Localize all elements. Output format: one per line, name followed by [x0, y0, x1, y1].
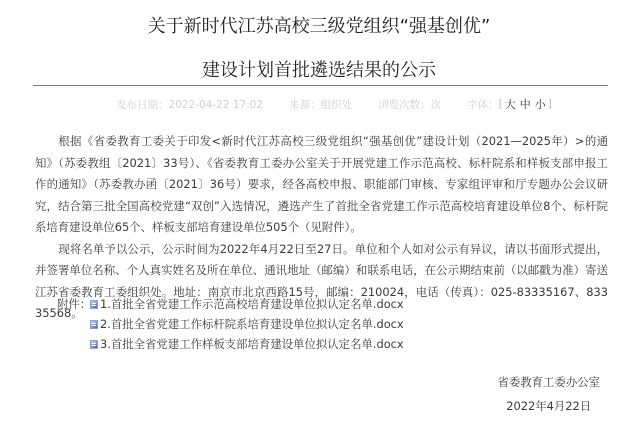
font-size-label: 字体： [467, 97, 499, 112]
attachments-label: 附件： [57, 294, 90, 314]
publish-date: 发布日期：2022-04-22 17:02 [116, 97, 263, 112]
attachment-row: 2.首批全省党建工作标杆院系培育建设单位拟认定名单.docx [57, 314, 404, 334]
bracket-close: ] [548, 98, 552, 110]
view-count: 浏览次数：次 [378, 97, 441, 112]
signature-block: 省委教育工委办公室 2022年4月22日 [497, 370, 600, 418]
article-meta: 发布日期：2022-04-22 17:02 来源：组织处 浏览次数：次 字体： … [116, 96, 552, 112]
signature-org: 省委教育工委办公室 [497, 370, 600, 394]
attachment-row: 3.首批全省党建工作样板支部培育建设单位拟认定名单.docx [57, 334, 404, 354]
attachments-list: 附件： 1.首批全省党建工作示范高校培育建设单位拟认定名单.docx 2.首批全… [57, 294, 404, 354]
article-title-line-1: 关于新时代江苏高校三级党组织“强基创优” [0, 12, 638, 38]
title-divider [33, 85, 608, 86]
attachment-link-3[interactable]: 3.首批全省党建工作样板支部培育建设单位拟认定名单.docx [100, 334, 404, 354]
attachment-link-2[interactable]: 2.首批全省党建工作标杆院系培育建设单位拟认定名单.docx [100, 314, 404, 334]
font-size-small-button[interactable]: 小 [535, 96, 546, 112]
font-size-control: 字体： [ 大 中 小 ] [467, 96, 552, 112]
bracket-open: [ [499, 98, 503, 110]
docx-file-icon [90, 340, 98, 349]
paragraph-basis: 根据《省委教育工委关于印发<新时代江苏高校三级党组织“强基创优”建设计划（202… [35, 131, 608, 239]
article-title-line-2: 建设计划首批遴选结果的公示 [0, 56, 638, 82]
attachment-link-1[interactable]: 1.首批全省党建工作示范高校培育建设单位拟认定名单.docx [100, 294, 404, 314]
attachment-row: 附件： 1.首批全省党建工作示范高校培育建设单位拟认定名单.docx [57, 294, 404, 314]
font-size-large-button[interactable]: 大 [505, 96, 516, 112]
signature-date: 2022年4月22日 [497, 394, 600, 418]
docx-file-icon [90, 300, 98, 309]
docx-file-icon [90, 320, 98, 329]
font-size-medium-button[interactable]: 中 [520, 96, 531, 112]
source: 来源：组织处 [289, 97, 352, 112]
